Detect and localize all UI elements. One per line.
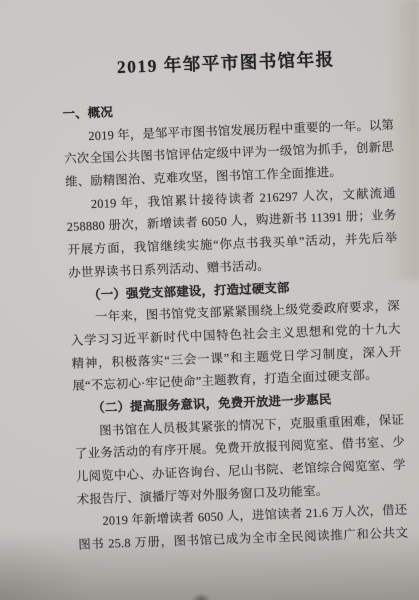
document-title: 2019 年邹平市图书馆年报 bbox=[60, 44, 391, 81]
document-body: 一、概况2019 年，是邹平市图书馆发展历程中重要的一年。以第六次全国公共图书馆… bbox=[62, 91, 408, 557]
photo-background: 2019 年邹平市图书馆年报 一、概况2019 年，是邹平市图书馆发展历程中重要… bbox=[0, 0, 419, 600]
document-page: 2019 年邹平市图书馆年报 一、概况2019 年，是邹平市图书馆发展历程中重要… bbox=[60, 38, 408, 557]
bottom-smudge bbox=[188, 591, 214, 600]
